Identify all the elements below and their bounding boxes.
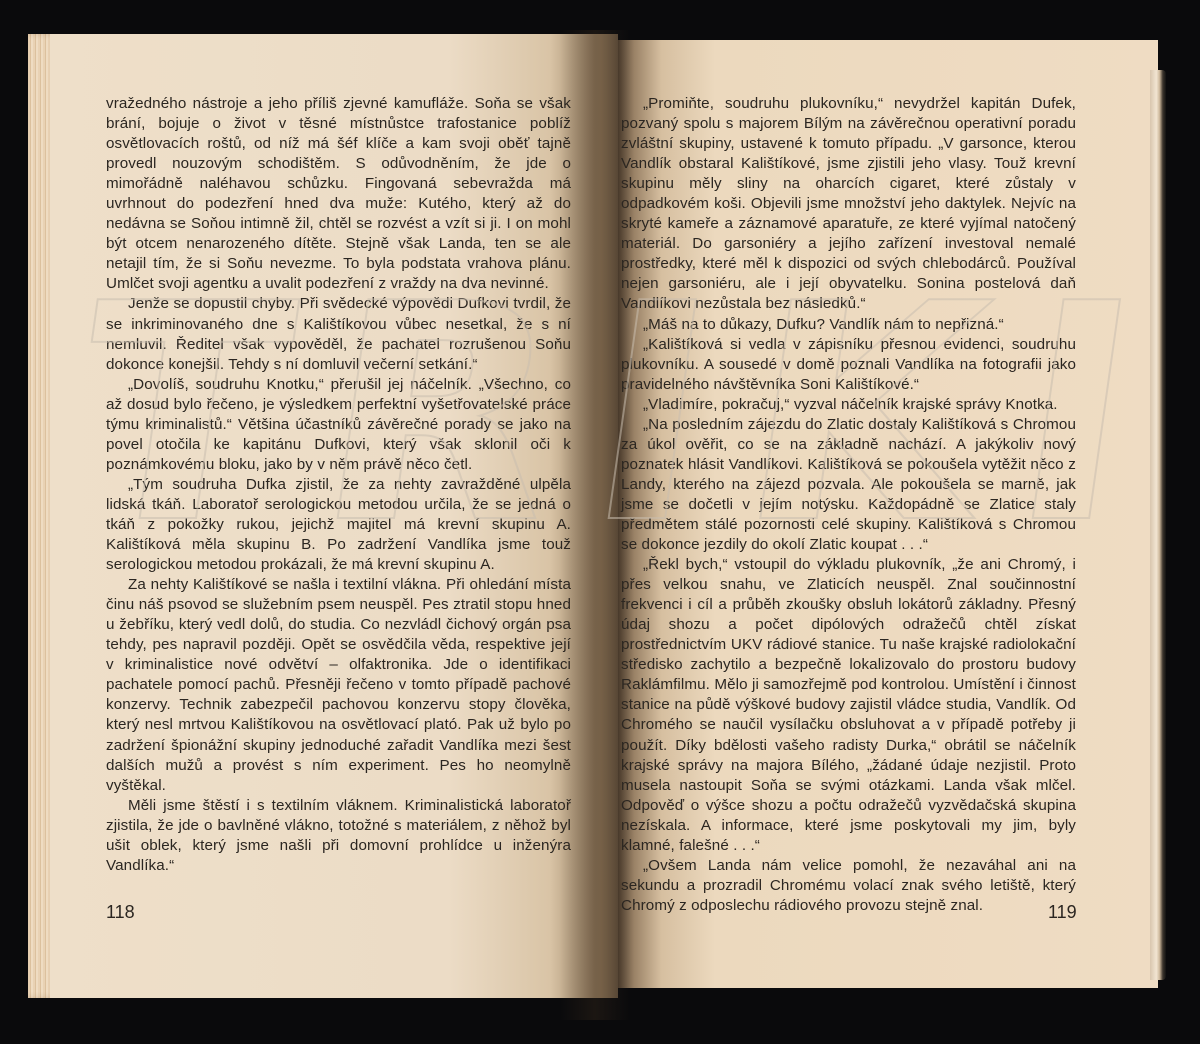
page-number-left: 118 xyxy=(106,902,135,923)
paragraph: Za nehty Kalištíkové se našla i textilní… xyxy=(106,575,571,796)
paragraph: vražedného nástroje a jeho příliš zjevné… xyxy=(106,94,571,294)
paragraph: „Dovolíš, soudruhu Knotku,“ přerušil jej… xyxy=(106,375,571,475)
paragraph: „Máš na to důkazy, Dufku? Vandlík nám to… xyxy=(621,315,1076,335)
paragraph: „Tým soudruha Dufka zjistil, že za nehty… xyxy=(106,475,571,575)
paragraph: Měli jsme štěstí i s textilním vláknem. … xyxy=(106,796,571,876)
page-number-right: 119 xyxy=(1048,902,1077,923)
paragraph: „Promiňte, soudruhu plukovníku,“ nevydrž… xyxy=(621,94,1076,315)
left-page-text: vražedného nástroje a jeho příliš zjevné… xyxy=(106,94,571,876)
paragraph: „Vladimíre, pokračuj,“ vyzval náčelník k… xyxy=(621,395,1076,415)
paragraph: „Ovšem Landa nám velice pomohl, že nezav… xyxy=(621,856,1076,916)
paragraph: Jenže se dopustil chyby. Při svědecké vý… xyxy=(106,294,571,374)
paragraph: „Řekl bych,“ vstoupil do výkladu plukovn… xyxy=(621,555,1076,856)
right-page-text: „Promiňte, soudruhu plukovníku,“ nevydrž… xyxy=(621,94,1076,916)
paragraph: „Kalištíková si vedla v zápisníku přesno… xyxy=(621,335,1076,395)
paragraph: „Na posledním zájezdu do Zlatic dostaly … xyxy=(621,415,1076,555)
page-stack-right-edge xyxy=(1150,70,1166,980)
